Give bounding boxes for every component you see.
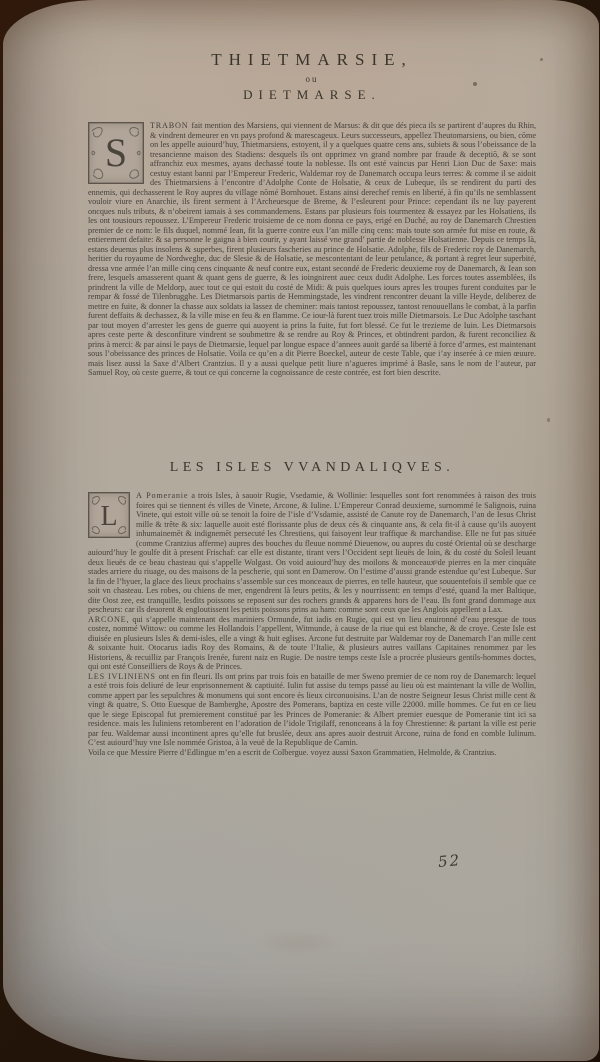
svg-text:S: S (105, 130, 127, 175)
paragraph-thietmarsie: S TRABONfait mention des Marsiens, qui v… (88, 121, 536, 378)
paragraph-text: qui s’appelle maintenant des mariniers O… (88, 615, 536, 672)
dropcap-ornament: L (89, 493, 129, 537)
paper-stain (253, 930, 343, 956)
section-thietmarsie: S TRABONfait mention des Marsiens, qui v… (88, 121, 536, 378)
paragraph-text: a trois Isles, à sauoir Rugie, Vsedamie,… (88, 491, 536, 614)
svg-text:L: L (100, 501, 117, 532)
ink-speck (540, 58, 543, 61)
paragraph-iuliniens: LES IVLINIENSont en fin fleuri. Ils ont … (88, 672, 536, 748)
page-subtitle: DIETMARSE. (88, 87, 536, 103)
ink-speck (547, 418, 550, 422)
dropcap-initial-s: S (88, 122, 144, 184)
page-number: 52 (437, 851, 462, 871)
dropcap-ornament: S (89, 123, 143, 183)
paragraph-arcone: ARCONE,qui s’appelle maintenant des mari… (88, 615, 536, 672)
lead-word: A Pomeranie (136, 491, 188, 500)
lead-word: ARCONE, (88, 615, 129, 624)
page-title: THIETMARSIE, (88, 50, 536, 70)
lead-word: TRABON (150, 121, 188, 130)
page-title-connector: ou (88, 74, 536, 84)
section-heading-isles: LES ISLES VVANDALIQVES. (88, 460, 536, 476)
page-title-block: THIETMARSIE, ou DIETMARSE. (88, 50, 536, 103)
paragraph-pomeranie: L A Pomeraniea trois Isles, à sauoir Rug… (88, 491, 536, 615)
book-page: THIETMARSIE, ou DIETMARSE. S TRA (3, 0, 599, 1061)
paragraph-colophon: Voila ce que Messire Pierre d’Edlingue m… (88, 748, 536, 758)
paragraph-text: ont en fin fleuri. Ils ont prins par tro… (88, 672, 536, 748)
lead-word: LES IVLINIENS (88, 672, 156, 681)
photo-background: THIETMARSIE, ou DIETMARSE. S TRA (0, 0, 600, 1062)
paragraph-text: fait mention des Marsiens, qui viennent … (88, 121, 536, 377)
section-isles-vvandaliqves: L A Pomeraniea trois Isles, à sauoir Rug… (88, 491, 536, 757)
dropcap-initial-l: L (88, 492, 130, 538)
